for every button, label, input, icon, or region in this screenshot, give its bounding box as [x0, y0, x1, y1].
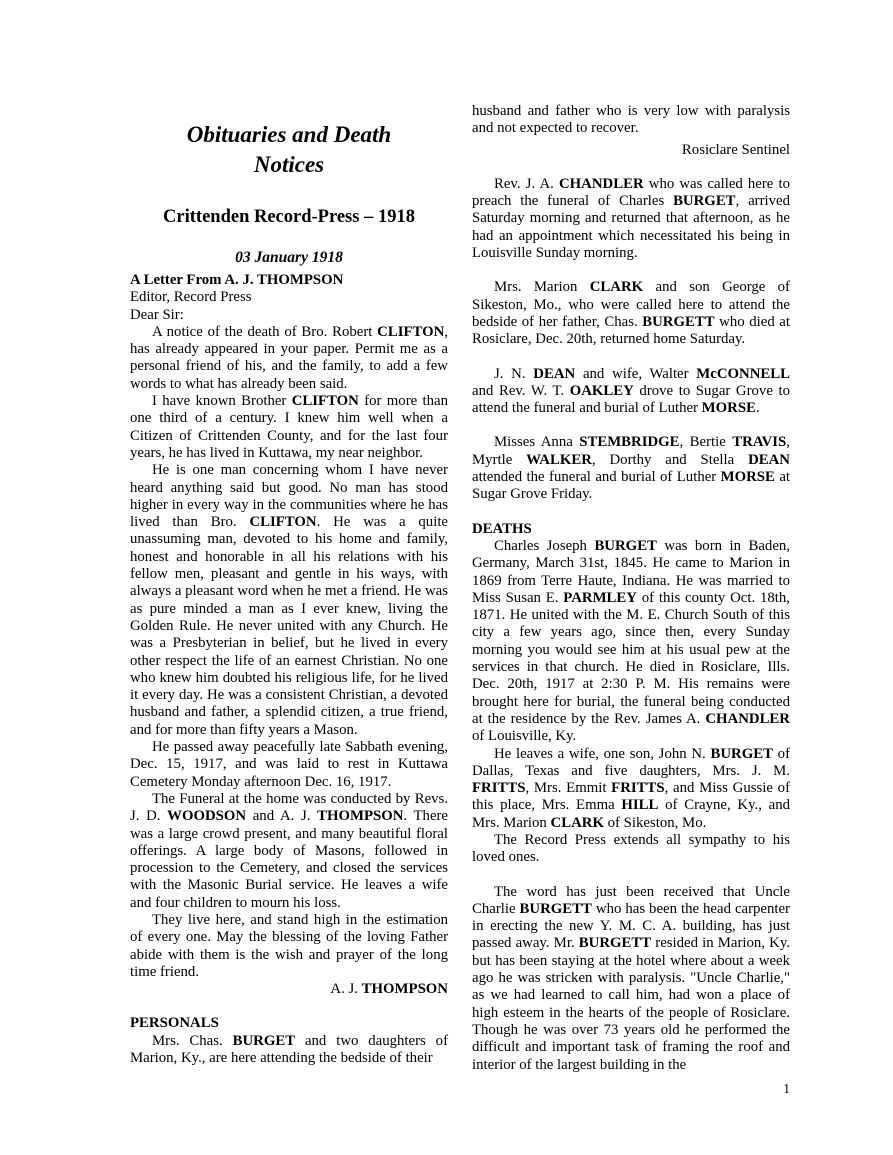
paragraph: They live here, and stand high in the es… [130, 912, 448, 981]
body-text: They live here, and stand high in the es… [130, 912, 448, 980]
bold-name-text: BURGET [594, 538, 657, 554]
paragraph: Charles Joseph BURGET was born in Baden,… [472, 538, 790, 746]
bold-name-text: BURGETT [642, 314, 714, 330]
signature-line: A. J. THOMPSON [130, 981, 448, 998]
body-text: Misses Anna [494, 434, 579, 450]
title-line: Notices [130, 150, 448, 180]
date-heading: 03 January 1918 [130, 249, 448, 267]
bold-name-text: McCONNELL [696, 366, 790, 382]
bold-name-text: FRITTS [472, 780, 525, 796]
bold-name-text: TRAVIS [732, 434, 786, 450]
document-page: Obituaries and DeathNoticesCrittenden Re… [0, 0, 893, 1155]
body-text: Charles Joseph [494, 538, 594, 554]
bold-name-text: HILL [621, 797, 658, 813]
body-text: husband and father who is very low with … [472, 103, 790, 136]
bold-name-text: MORSE [721, 469, 775, 485]
bold-name-text: WOODSON [167, 808, 246, 824]
bold-name-text: STEMBRIDGE [579, 434, 679, 450]
body-text: . [756, 400, 760, 416]
bold-name-text: BURGETT [579, 935, 651, 951]
section-heading: PERSONALS [130, 1015, 448, 1032]
body-text: . He was a quite unassuming man, devoted… [130, 514, 448, 738]
section-heading: A Letter From A. J. THOMPSON [130, 272, 448, 289]
bold-name-text: THOMPSON [362, 981, 448, 997]
body-text: A. J. [330, 981, 361, 997]
bold-name-text: DEAN [533, 366, 575, 382]
body-text: of Louisville, Ky. [472, 728, 576, 744]
text-line: Editor, Record Press [130, 289, 448, 306]
paragraph: J. N. DEAN and wife, Walter McCONNELL an… [472, 366, 790, 418]
bold-name-text: PARMLEY [563, 590, 637, 606]
page-number: 1 [730, 1081, 790, 1097]
body-text: The Record Press extends all sympathy to… [472, 832, 790, 865]
body-text: Rev. J. A. [494, 176, 559, 192]
paragraph: Misses Anna STEMBRIDGE, Bertie TRAVIS, M… [472, 434, 790, 503]
attribution-line: Rosiclare Sentinel [472, 142, 790, 159]
bold-name-text: BURGET [673, 193, 736, 209]
body-text: Mrs. Chas. [152, 1033, 233, 1049]
paragraph: Mrs. Marion CLARK and son George of Sike… [472, 279, 790, 348]
body-text: A notice of the death of Bro. Robert [152, 324, 377, 340]
body-text: attended the funeral and burial of Luthe… [472, 469, 721, 485]
body-text: of Sikeston, Mo. [604, 815, 706, 831]
paragraph: The Record Press extends all sympathy to… [472, 832, 790, 867]
paragraph: husband and father who is very low with … [472, 103, 790, 138]
paragraph: Mrs. Chas. BURGET and two daughters of M… [130, 1033, 448, 1068]
body-text: and Rev. W. T. [472, 383, 570, 399]
bold-name-text: WALKER [526, 452, 592, 468]
paragraph: The word has just been received that Unc… [472, 884, 790, 1074]
section-heading: DEATHS [472, 521, 790, 538]
bold-name-text: CLIFTON [249, 514, 316, 530]
paragraph: The Funeral at the home was conducted by… [130, 791, 448, 912]
bold-name-text: CLARK [551, 815, 604, 831]
body-text: J. N. [494, 366, 533, 382]
body-text: resided in Marion, Ky. but has been stay… [472, 935, 790, 1072]
body-text: of this county Oct. 18th, 1871. He unite… [472, 590, 790, 727]
left-column: Obituaries and DeathNoticesCrittenden Re… [130, 103, 448, 1067]
document-title: Obituaries and DeathNotices [130, 120, 448, 180]
bold-name-text: OAKLEY [570, 383, 634, 399]
body-text: He leaves a wife, one son, John N. [494, 746, 710, 762]
bold-name-text: BURGETT [520, 901, 592, 917]
paragraph: I have known Brother CLIFTON for more th… [130, 393, 448, 462]
bold-name-text: CLIFTON [292, 393, 359, 409]
paragraph: He passed away peacefully late Sabbath e… [130, 739, 448, 791]
body-text: , Mrs. Emmit [525, 780, 611, 796]
body-text: , Dorthy and Stella [592, 452, 748, 468]
text-line: Dear Sir: [130, 307, 448, 324]
bold-name-text: CLIFTON [377, 324, 444, 340]
bold-name-text: MORSE [702, 400, 756, 416]
body-text: I have known Brother [152, 393, 292, 409]
bold-name-text: BURGET [710, 746, 773, 762]
paragraph: A notice of the death of Bro. Robert CLI… [130, 324, 448, 393]
body-text: He passed away peacefully late Sabbath e… [130, 739, 448, 790]
bold-name-text: FRITTS [611, 780, 664, 796]
paragraph: Rev. J. A. CHANDLER who was called here … [472, 176, 790, 262]
right-column: husband and father who is very low with … [472, 103, 790, 1074]
bold-name-text: BURGET [233, 1033, 296, 1049]
bold-name-text: CHANDLER [705, 711, 790, 727]
body-text: Mrs. Marion [494, 279, 590, 295]
publication-title: Crittenden Record-Press – 1918 [130, 206, 448, 228]
bold-name-text: THOMPSON [317, 808, 403, 824]
body-text: and A. J. [246, 808, 317, 824]
body-text: , Bertie [680, 434, 733, 450]
bold-name-text: DEAN [748, 452, 790, 468]
paragraph: He leaves a wife, one son, John N. BURGE… [472, 746, 790, 832]
paragraph: He is one man concerning whom I have nev… [130, 462, 448, 739]
title-line: Obituaries and Death [130, 120, 448, 150]
body-text: and wife, Walter [575, 366, 696, 382]
bold-name-text: CLARK [590, 279, 643, 295]
bold-name-text: CHANDLER [559, 176, 644, 192]
